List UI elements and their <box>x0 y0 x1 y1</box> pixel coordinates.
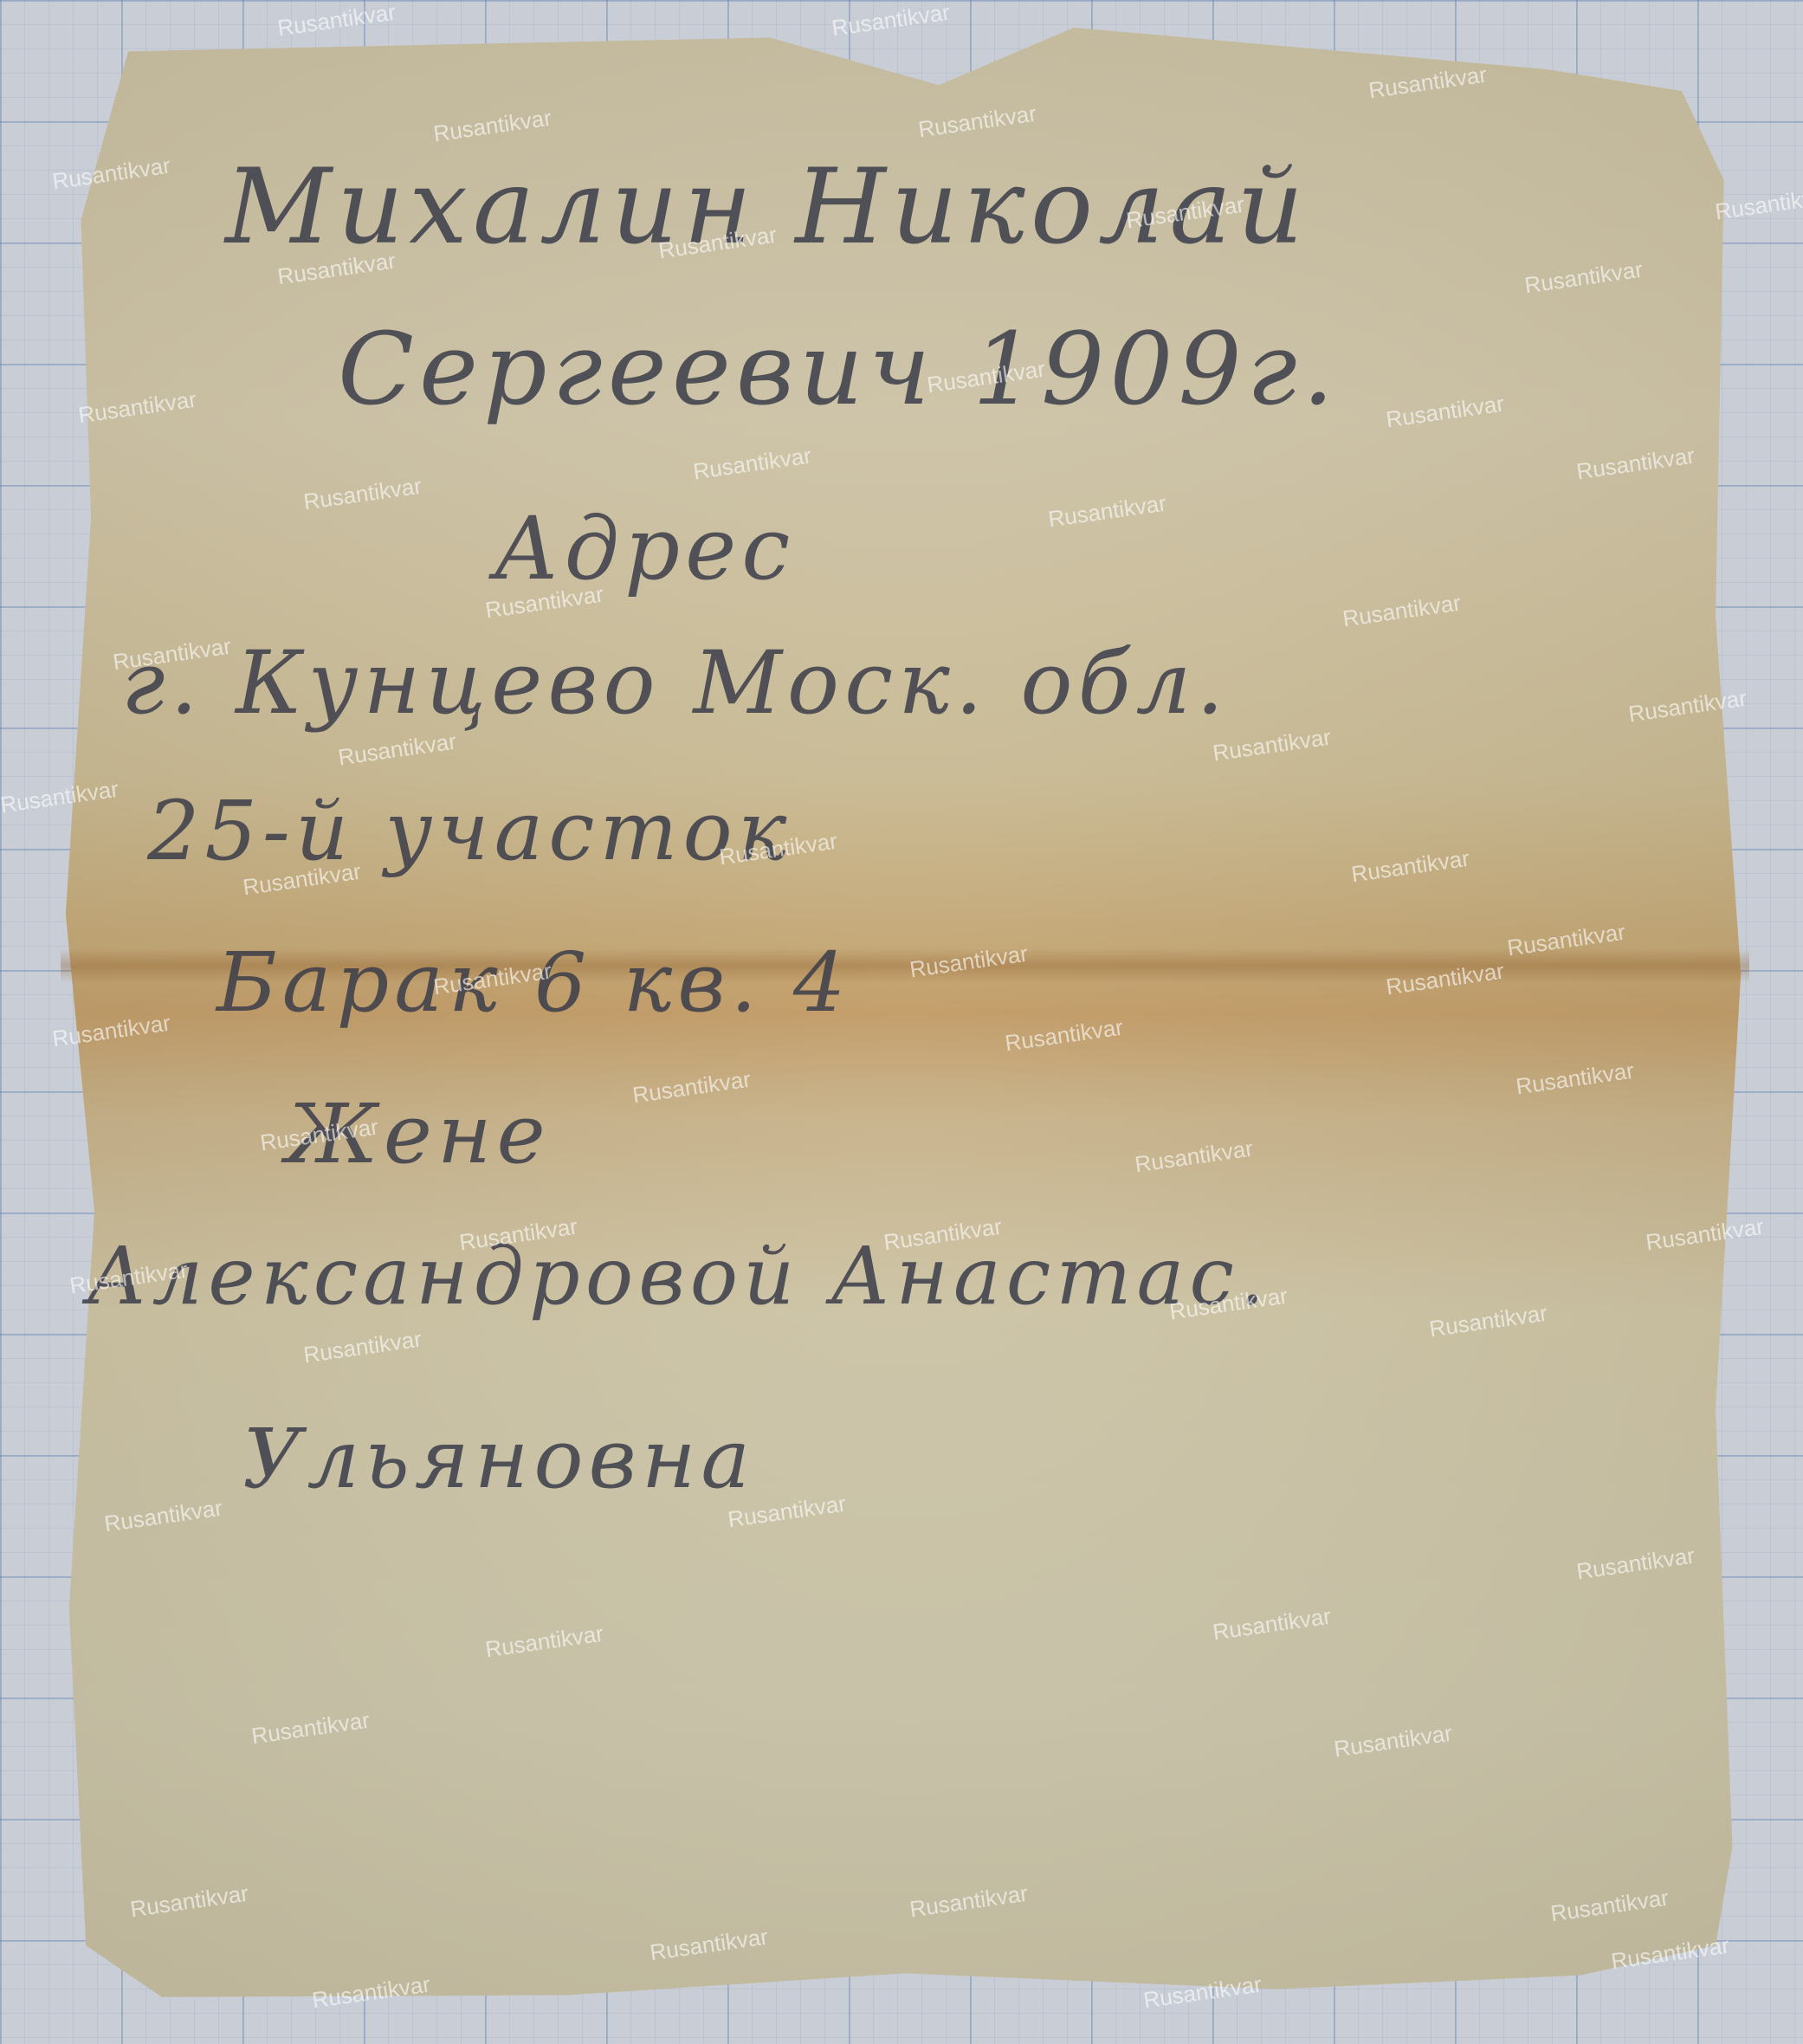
line-district: 25-й участок <box>147 784 792 879</box>
line-address-label: Адрес <box>494 498 795 599</box>
watermark-text: Rusantikvar <box>276 0 397 42</box>
watermark-text: Rusantikvar <box>830 0 952 42</box>
line-city: г. Кунцево Моск. обл. <box>121 632 1229 734</box>
line-recipient-patronymic: Ульяновна <box>242 1412 755 1507</box>
watermark-text: Rusantikvar <box>1714 183 1803 226</box>
line-recipient-surname: Александровой Анастас. <box>87 1230 1270 1323</box>
line-patronymic-year: Сергеевич 1909г. <box>338 312 1339 428</box>
